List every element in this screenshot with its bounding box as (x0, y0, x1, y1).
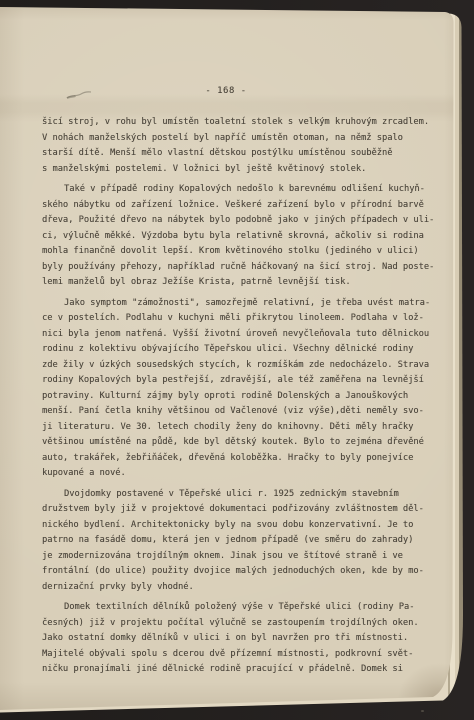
body-text: šicí stroj, v rohu byl umístěn toaletní … (42, 115, 452, 683)
paragraph: Dvojdomky postavené v Těpeřské ulici r. … (42, 487, 452, 596)
paragraph: šicí stroj, v rohu byl umístěn toaletní … (42, 115, 452, 177)
scanned-document-view: - 168 - šicí stroj, v rohu byl umístěn t… (0, 0, 474, 720)
dust-speck (421, 710, 424, 712)
page-number: - 168 - (0, 86, 452, 96)
paragraph: Také v případě rodiny Kopalových nedošlo… (42, 182, 452, 291)
paragraph: Jako symptom "zámožnosti", samozřejmě re… (42, 296, 452, 482)
paragraph: Domek textilních dělníků položený výše v… (42, 600, 452, 678)
